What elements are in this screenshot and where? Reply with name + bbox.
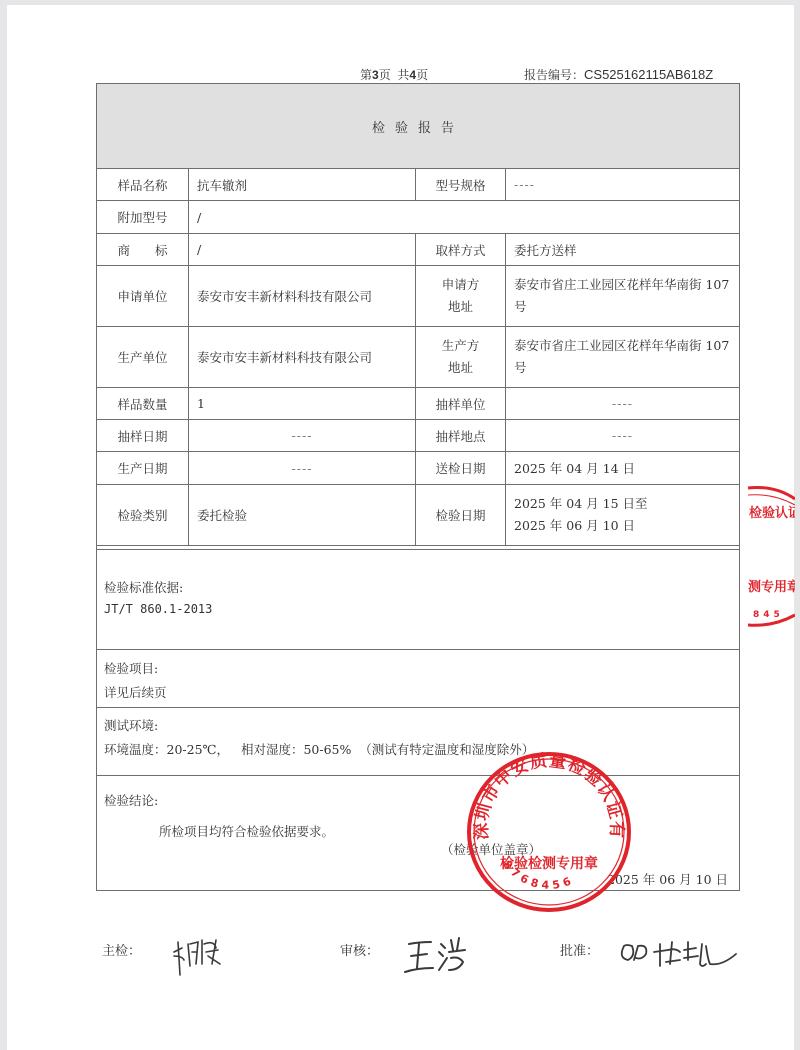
table-row: 生产日期 ---- 送检日期 2025 年 04 月 14 日: [97, 452, 740, 485]
items-value: 详见后续页: [104, 683, 167, 701]
standard-value: JT/T 860.1-2013: [104, 602, 212, 616]
label-manufacturer: 生产单位: [97, 327, 189, 388]
value-inspection-date: 2025 年 04 月 15 日至 2025 年 06 月 10 日: [506, 485, 740, 546]
value-sampling-place: ----: [506, 420, 740, 452]
label-line: 申请方: [424, 274, 497, 296]
label-production-date: 生产日期: [97, 452, 189, 485]
label-trademark: 商 标: [97, 234, 189, 266]
inspector-signature-icon: [168, 930, 230, 982]
table-row: 抽样日期 ---- 抽样地点 ----: [97, 420, 740, 452]
label-sampling-unit: 抽样单位: [416, 388, 506, 420]
approver-label: 批准：: [560, 940, 599, 959]
label-inspection-type: 检验类别: [97, 485, 189, 546]
table-row: 申请单位 泰安市安丰新材料科技有限公司 申请方 地址 泰安市省庄工业园区花样年华…: [97, 266, 740, 327]
label-sampling-date: 抽样日期: [97, 420, 189, 452]
inspector-label: 主检：: [102, 940, 141, 959]
value-applicant: 泰安市安丰新材料科技有限公司: [189, 266, 416, 327]
address-line: 泰安市省庄工业园区花样年华南街 107: [514, 335, 731, 357]
value-model-spec: ----: [506, 169, 740, 201]
conclusion-label: 检验结论:: [104, 791, 158, 809]
label-sampling-place: 抽样地点: [416, 420, 506, 452]
value-sampling-method: 委托方送样: [506, 234, 740, 266]
value-trademark: /: [189, 234, 416, 266]
table-row: 附加型号 /: [97, 201, 740, 234]
reviewer-label: 审核：: [340, 940, 379, 959]
table-row: 检验类别 委托检验 检验日期 2025 年 04 月 15 日至 2025 年 …: [97, 485, 740, 546]
page-current: 3: [372, 68, 379, 82]
label-inspection-date: 检验日期: [416, 485, 506, 546]
label-extra-model: 附加型号: [97, 201, 189, 234]
section-items: 检验项目: 详见后续页: [97, 649, 739, 708]
label-manufacturer-address: 生产方 地址: [416, 327, 506, 388]
environment-label: 测试环境:: [104, 716, 158, 734]
value-sample-name: 抗车辙剂: [189, 169, 416, 201]
label-model-spec: 型号规格: [416, 169, 506, 201]
label-submit-date: 送检日期: [416, 452, 506, 485]
page-mid: 页 共: [379, 68, 410, 82]
reviewer-signature-icon: [403, 930, 475, 982]
items-label: 检验项目:: [104, 659, 158, 677]
page-indicator: 第3页 共4页: [360, 66, 428, 83]
value-manufacturer: 泰安市安丰新材料科技有限公司: [189, 327, 416, 388]
report-number-value: CS525162115AB618Z: [584, 67, 713, 82]
label-line: 地址: [424, 357, 497, 379]
seal-note: （检验单位盖章）: [441, 840, 541, 858]
label-applicant-address: 申请方 地址: [416, 266, 506, 327]
table-row: 商 标 / 取样方式 委托方送样: [97, 234, 740, 266]
value-extra-model: /: [189, 201, 740, 234]
value-sample-qty: 1: [189, 388, 416, 420]
approver-signature-icon: [618, 930, 743, 982]
info-table: 样品名称 抗车辙剂 型号规格 ---- 附加型号 / 商 标 / 取样方式 委托…: [96, 168, 740, 546]
date-line: 2025 年 06 月 10 日: [514, 515, 731, 537]
value-applicant-address: 泰安市省庄工业园区花样年华南街 107 号: [506, 266, 740, 327]
section-environment: 测试环境: 环境温度：20-25℃， 相对湿度：50-65% （测试有特定温度和…: [97, 707, 739, 776]
report-number-label: 报告编号：: [524, 68, 584, 82]
label-sample-name: 样品名称: [97, 169, 189, 201]
label-sample-qty: 样品数量: [97, 388, 189, 420]
label-sampling-method: 取样方式: [416, 234, 506, 266]
section-standard: 检验标准依据: JT/T 860.1-2013: [97, 549, 739, 650]
report-title: 检验报告: [97, 84, 739, 169]
value-manufacturer-address: 泰安市省庄工业园区花样年华南街 107 号: [506, 327, 740, 388]
address-line: 号: [514, 296, 731, 318]
address-line: 泰安市省庄工业园区花样年华南街 107: [514, 274, 731, 296]
value-submit-date: 2025 年 04 月 14 日: [506, 452, 740, 485]
label-line: 生产方: [424, 335, 497, 357]
conclusion-date: 2025 年 06 月 10 日: [607, 870, 728, 888]
standard-label: 检验标准依据:: [104, 578, 183, 596]
value-sampling-unit: ----: [506, 388, 740, 420]
conclusion-value: 所检项目均符合检验依据要求。: [159, 822, 334, 840]
page-prefix: 第: [360, 68, 372, 82]
page-suffix: 页: [416, 68, 428, 82]
value-production-date: ----: [189, 452, 416, 485]
value-sampling-date: ----: [189, 420, 416, 452]
section-conclusion: 检验结论: 所检项目均符合检验依据要求。 （检验单位盖章） 2025 年 06 …: [97, 775, 739, 891]
address-line: 号: [514, 357, 731, 379]
date-line: 2025 年 04 月 15 日至: [514, 493, 731, 515]
table-row: 样品名称 抗车辙剂 型号规格 ----: [97, 169, 740, 201]
report-number: 报告编号：CS525162115AB618Z: [524, 66, 713, 83]
label-line: 地址: [424, 296, 497, 318]
label-applicant: 申请单位: [97, 266, 189, 327]
table-row: 样品数量 1 抽样单位 ----: [97, 388, 740, 420]
environment-value: 环境温度：20-25℃， 相对湿度：50-65% （测试有特定温度和湿度除外）: [104, 740, 534, 758]
value-inspection-type: 委托检验: [189, 485, 416, 546]
table-row: 生产单位 泰安市安丰新材料科技有限公司 生产方 地址 泰安市省庄工业园区花样年华…: [97, 327, 740, 388]
